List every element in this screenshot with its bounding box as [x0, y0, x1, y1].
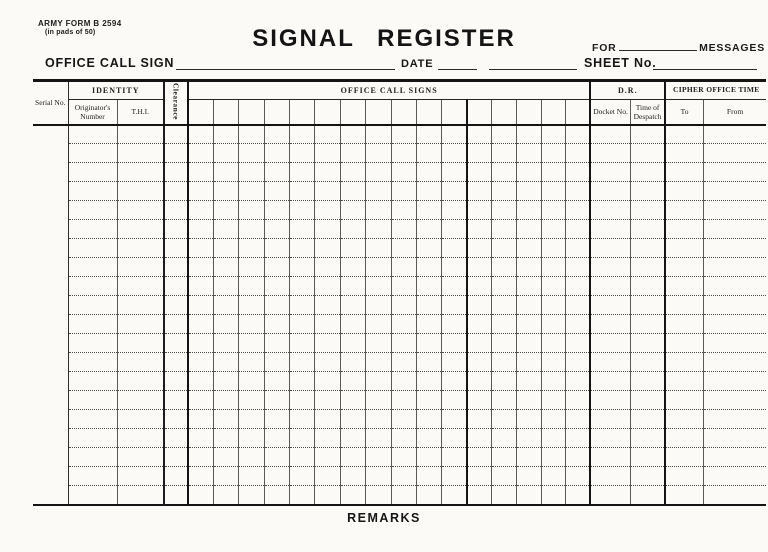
office-call-sign-column — [340, 100, 365, 125]
date-blank — [438, 55, 477, 70]
call-sign-cell — [188, 315, 213, 334]
call-sign-cell — [467, 182, 492, 201]
serial-cell — [33, 125, 68, 144]
cipher-from-cell — [703, 277, 766, 296]
register-row — [33, 163, 766, 182]
cipher-to-cell — [665, 410, 703, 429]
call-sign-cell — [264, 391, 289, 410]
call-sign-cell — [417, 163, 442, 182]
call-sign-cell — [340, 296, 365, 315]
call-sign-cell — [492, 201, 517, 220]
cipher-to-cell — [665, 125, 703, 144]
call-sign-cell — [492, 182, 517, 201]
call-sign-cell — [417, 391, 442, 410]
docket-no-cell — [590, 296, 630, 315]
call-sign-cell — [239, 277, 264, 296]
originators-number-cell — [68, 125, 117, 144]
register-row — [33, 353, 766, 372]
for-messages-line: FOR MESSAGES — [592, 40, 765, 54]
time-of-despatch-cell — [630, 353, 665, 372]
call-sign-cell — [492, 125, 517, 144]
call-sign-cell — [264, 144, 289, 163]
thi-cell — [117, 334, 164, 353]
call-sign-cell — [239, 144, 264, 163]
call-sign-cell — [492, 296, 517, 315]
call-sign-cell — [541, 410, 566, 429]
call-sign-cell — [467, 391, 492, 410]
call-sign-cell — [517, 258, 542, 277]
time-of-despatch-cell — [630, 334, 665, 353]
column-group-dr: D.R. — [590, 81, 665, 100]
call-sign-cell — [442, 182, 467, 201]
call-sign-cell — [467, 258, 492, 277]
cipher-to-cell — [665, 486, 703, 505]
call-sign-cell — [213, 315, 238, 334]
call-sign-cell — [239, 182, 264, 201]
cipher-to-cell — [665, 182, 703, 201]
call-sign-cell — [566, 372, 591, 391]
time-of-despatch-cell — [630, 258, 665, 277]
call-sign-cell — [239, 410, 264, 429]
call-sign-cell — [213, 448, 238, 467]
docket-no-cell — [590, 144, 630, 163]
call-sign-cell — [566, 334, 591, 353]
call-sign-cell — [290, 201, 315, 220]
call-sign-cell — [391, 410, 416, 429]
thi-cell — [117, 429, 164, 448]
call-sign-cell — [290, 296, 315, 315]
docket-no-cell — [590, 239, 630, 258]
cipher-to-cell — [665, 334, 703, 353]
call-sign-cell — [517, 372, 542, 391]
call-sign-cell — [417, 277, 442, 296]
call-sign-cell — [239, 239, 264, 258]
call-sign-cell — [566, 486, 591, 505]
clearance-cell — [164, 410, 188, 429]
call-sign-cell — [290, 144, 315, 163]
time-of-despatch-cell — [630, 486, 665, 505]
call-sign-cell — [366, 182, 391, 201]
cipher-from-cell — [703, 125, 766, 144]
call-sign-cell — [492, 372, 517, 391]
cipher-from-cell — [703, 201, 766, 220]
call-sign-cell — [366, 239, 391, 258]
call-sign-cell — [264, 429, 289, 448]
call-sign-cell — [566, 353, 591, 372]
call-sign-cell — [213, 201, 238, 220]
call-sign-cell — [366, 486, 391, 505]
call-sign-cell — [467, 125, 492, 144]
call-sign-cell — [442, 258, 467, 277]
time-of-despatch-cell — [630, 201, 665, 220]
call-sign-cell — [340, 391, 365, 410]
call-sign-cell — [467, 334, 492, 353]
call-sign-cell — [517, 353, 542, 372]
call-sign-cell — [340, 220, 365, 239]
call-sign-cell — [517, 410, 542, 429]
call-sign-cell — [315, 144, 340, 163]
call-sign-cell — [188, 144, 213, 163]
call-sign-cell — [391, 429, 416, 448]
call-sign-cell — [315, 448, 340, 467]
thi-cell — [117, 353, 164, 372]
call-sign-cell — [213, 239, 238, 258]
originators-number-cell — [68, 448, 117, 467]
time-of-despatch-cell — [630, 429, 665, 448]
clearance-cell — [164, 353, 188, 372]
register-row — [33, 486, 766, 505]
register-row — [33, 258, 766, 277]
call-sign-cell — [213, 125, 238, 144]
register-row — [33, 467, 766, 486]
call-sign-cell — [264, 220, 289, 239]
originators-number-cell — [68, 429, 117, 448]
call-sign-cell — [239, 353, 264, 372]
column-header-thi: T.H.I. — [117, 100, 164, 125]
serial-cell — [33, 353, 68, 372]
office-call-sign-column — [467, 100, 492, 125]
serial-cell — [33, 486, 68, 505]
cipher-from-cell — [703, 448, 766, 467]
docket-no-cell — [590, 277, 630, 296]
call-sign-cell — [366, 334, 391, 353]
call-sign-cell — [366, 201, 391, 220]
column-header-clearance: Clearance — [164, 81, 188, 125]
register-row — [33, 201, 766, 220]
serial-cell — [33, 410, 68, 429]
call-sign-cell — [442, 334, 467, 353]
call-sign-cell — [442, 315, 467, 334]
time-of-despatch-cell — [630, 220, 665, 239]
call-sign-cell — [492, 391, 517, 410]
call-sign-cell — [541, 144, 566, 163]
messages-label: MESSAGES — [699, 42, 765, 54]
call-sign-cell — [340, 372, 365, 391]
call-sign-cell — [213, 429, 238, 448]
call-sign-cell — [366, 429, 391, 448]
call-sign-cell — [566, 410, 591, 429]
call-sign-cell — [391, 334, 416, 353]
call-sign-cell — [264, 353, 289, 372]
docket-no-cell — [590, 315, 630, 334]
call-sign-cell — [492, 334, 517, 353]
call-sign-cell — [213, 277, 238, 296]
cipher-to-cell — [665, 258, 703, 277]
cipher-from-cell — [703, 315, 766, 334]
call-sign-cell — [417, 125, 442, 144]
cipher-from-cell — [703, 467, 766, 486]
call-sign-cell — [340, 277, 365, 296]
originators-number-cell — [68, 239, 117, 258]
call-sign-cell — [517, 391, 542, 410]
register-row — [33, 144, 766, 163]
call-sign-cell — [264, 372, 289, 391]
call-sign-cell — [188, 429, 213, 448]
thi-cell — [117, 201, 164, 220]
cipher-to-cell — [665, 144, 703, 163]
call-sign-cell — [517, 467, 542, 486]
call-sign-cell — [264, 467, 289, 486]
call-sign-cell — [442, 429, 467, 448]
call-sign-cell — [417, 220, 442, 239]
originators-number-cell — [68, 486, 117, 505]
docket-no-cell — [590, 125, 630, 144]
time-of-despatch-cell — [630, 372, 665, 391]
thi-cell — [117, 448, 164, 467]
register-row — [33, 372, 766, 391]
call-sign-cell — [391, 277, 416, 296]
call-sign-cell — [541, 391, 566, 410]
column-group-office-call-signs: OFFICE CALL SIGNS — [188, 81, 590, 100]
call-sign-cell — [492, 220, 517, 239]
call-sign-cell — [290, 163, 315, 182]
call-sign-cell — [391, 163, 416, 182]
call-sign-cell — [467, 201, 492, 220]
thi-cell — [117, 410, 164, 429]
call-sign-cell — [541, 429, 566, 448]
call-sign-cell — [417, 429, 442, 448]
serial-cell — [33, 144, 68, 163]
call-sign-cell — [417, 467, 442, 486]
call-sign-cell — [188, 277, 213, 296]
register-row — [33, 410, 766, 429]
call-sign-cell — [517, 201, 542, 220]
call-sign-cell — [517, 144, 542, 163]
call-sign-cell — [213, 296, 238, 315]
cipher-to-cell — [665, 220, 703, 239]
call-sign-cell — [264, 182, 289, 201]
serial-cell — [33, 182, 68, 201]
office-call-sign-column — [442, 100, 467, 125]
docket-no-cell — [590, 391, 630, 410]
docket-no-cell — [590, 372, 630, 391]
register-row — [33, 391, 766, 410]
originators-number-cell — [68, 258, 117, 277]
register-row — [33, 296, 766, 315]
call-sign-cell — [566, 296, 591, 315]
cipher-from-cell — [703, 486, 766, 505]
call-sign-cell — [517, 334, 542, 353]
call-sign-cell — [340, 467, 365, 486]
cipher-from-cell — [703, 334, 766, 353]
extra-blank — [489, 55, 577, 70]
call-sign-cell — [315, 220, 340, 239]
call-sign-cell — [340, 125, 365, 144]
call-sign-cell — [188, 486, 213, 505]
register-row — [33, 277, 766, 296]
call-sign-cell — [566, 258, 591, 277]
call-sign-cell — [239, 163, 264, 182]
office-call-sign-column — [290, 100, 315, 125]
cipher-from-cell — [703, 429, 766, 448]
call-sign-cell — [264, 201, 289, 220]
time-of-despatch-cell — [630, 315, 665, 334]
call-sign-cell — [213, 144, 238, 163]
call-sign-cell — [417, 410, 442, 429]
cipher-from-cell — [703, 391, 766, 410]
call-sign-cell — [566, 239, 591, 258]
call-sign-cell — [290, 125, 315, 144]
call-sign-cell — [541, 486, 566, 505]
clearance-cell — [164, 296, 188, 315]
call-sign-cell — [366, 277, 391, 296]
call-sign-cell — [366, 315, 391, 334]
clearance-cell — [164, 239, 188, 258]
call-sign-cell — [391, 182, 416, 201]
call-sign-cell — [264, 239, 289, 258]
cipher-from-cell — [703, 372, 766, 391]
call-sign-cell — [566, 391, 591, 410]
office-call-sign-column — [492, 100, 517, 125]
call-sign-cell — [417, 182, 442, 201]
sheet-no-label: SHEET No. — [584, 56, 656, 70]
column-group-identity: IDENTITY — [68, 81, 164, 100]
time-of-despatch-cell — [630, 296, 665, 315]
register-row — [33, 220, 766, 239]
call-sign-cell — [188, 258, 213, 277]
cipher-to-cell — [665, 296, 703, 315]
thi-cell — [117, 239, 164, 258]
call-sign-cell — [315, 486, 340, 505]
column-header-docket-no: Docket No. — [590, 100, 630, 125]
call-sign-cell — [315, 429, 340, 448]
call-sign-cell — [442, 220, 467, 239]
call-sign-cell — [417, 334, 442, 353]
call-sign-cell — [315, 467, 340, 486]
call-sign-cell — [391, 448, 416, 467]
call-sign-cell — [264, 410, 289, 429]
register-table-body — [33, 125, 766, 505]
docket-no-cell — [590, 448, 630, 467]
call-sign-cell — [239, 220, 264, 239]
call-sign-cell — [340, 258, 365, 277]
call-sign-cell — [442, 372, 467, 391]
call-sign-cell — [213, 163, 238, 182]
serial-cell — [33, 220, 68, 239]
call-sign-cell — [467, 144, 492, 163]
call-sign-cell — [366, 372, 391, 391]
call-sign-cell — [188, 391, 213, 410]
serial-cell — [33, 467, 68, 486]
time-of-despatch-cell — [630, 277, 665, 296]
call-sign-cell — [391, 201, 416, 220]
call-sign-cell — [391, 239, 416, 258]
serial-cell — [33, 391, 68, 410]
originators-number-cell — [68, 315, 117, 334]
cipher-to-cell — [665, 448, 703, 467]
call-sign-cell — [566, 277, 591, 296]
call-sign-cell — [442, 467, 467, 486]
serial-cell — [33, 296, 68, 315]
call-sign-cell — [467, 467, 492, 486]
cipher-from-cell — [703, 353, 766, 372]
time-of-despatch-cell — [630, 467, 665, 486]
call-sign-cell — [467, 486, 492, 505]
call-sign-cell — [213, 391, 238, 410]
call-sign-cell — [566, 163, 591, 182]
call-sign-cell — [541, 125, 566, 144]
call-sign-cell — [391, 353, 416, 372]
cipher-to-cell — [665, 315, 703, 334]
call-sign-cell — [188, 163, 213, 182]
call-sign-cell — [492, 429, 517, 448]
call-sign-cell — [492, 163, 517, 182]
call-sign-cell — [467, 277, 492, 296]
call-sign-cell — [541, 277, 566, 296]
register-row — [33, 334, 766, 353]
call-sign-cell — [239, 467, 264, 486]
cipher-to-cell — [665, 372, 703, 391]
call-sign-cell — [315, 125, 340, 144]
call-sign-cell — [517, 220, 542, 239]
call-sign-cell — [492, 448, 517, 467]
call-sign-cell — [213, 410, 238, 429]
thi-cell — [117, 391, 164, 410]
call-sign-cell — [188, 220, 213, 239]
clearance-cell — [164, 220, 188, 239]
call-sign-cell — [492, 144, 517, 163]
call-sign-cell — [290, 467, 315, 486]
call-sign-cell — [315, 296, 340, 315]
docket-no-cell — [590, 429, 630, 448]
serial-cell — [33, 201, 68, 220]
originators-number-cell — [68, 277, 117, 296]
call-sign-cell — [417, 448, 442, 467]
call-sign-cell — [188, 467, 213, 486]
call-sign-cell — [264, 334, 289, 353]
clearance-cell — [164, 486, 188, 505]
thi-cell — [117, 125, 164, 144]
serial-cell — [33, 372, 68, 391]
clearance-cell — [164, 201, 188, 220]
docket-no-cell — [590, 201, 630, 220]
office-call-sign-column — [213, 100, 238, 125]
thi-cell — [117, 486, 164, 505]
thi-cell — [117, 277, 164, 296]
thi-cell — [117, 220, 164, 239]
call-sign-cell — [366, 220, 391, 239]
call-sign-cell — [239, 334, 264, 353]
time-of-despatch-cell — [630, 410, 665, 429]
column-header-from: From — [703, 100, 766, 125]
cipher-to-cell — [665, 201, 703, 220]
register-row — [33, 239, 766, 258]
serial-cell — [33, 315, 68, 334]
call-sign-cell — [517, 315, 542, 334]
call-sign-cell — [340, 486, 365, 505]
call-sign-cell — [566, 315, 591, 334]
serial-cell — [33, 258, 68, 277]
cipher-from-cell — [703, 296, 766, 315]
call-sign-cell — [213, 182, 238, 201]
cipher-to-cell — [665, 353, 703, 372]
call-sign-cell — [492, 467, 517, 486]
call-sign-cell — [239, 486, 264, 505]
docket-no-cell — [590, 334, 630, 353]
office-call-sign-column — [566, 100, 591, 125]
call-sign-cell — [492, 277, 517, 296]
call-sign-cell — [213, 220, 238, 239]
call-sign-cell — [442, 410, 467, 429]
originators-number-cell — [68, 163, 117, 182]
call-sign-cell — [467, 220, 492, 239]
call-sign-cell — [290, 239, 315, 258]
call-sign-cell — [566, 467, 591, 486]
call-sign-cell — [566, 125, 591, 144]
call-sign-cell — [541, 163, 566, 182]
call-sign-cell — [340, 334, 365, 353]
call-sign-cell — [517, 182, 542, 201]
